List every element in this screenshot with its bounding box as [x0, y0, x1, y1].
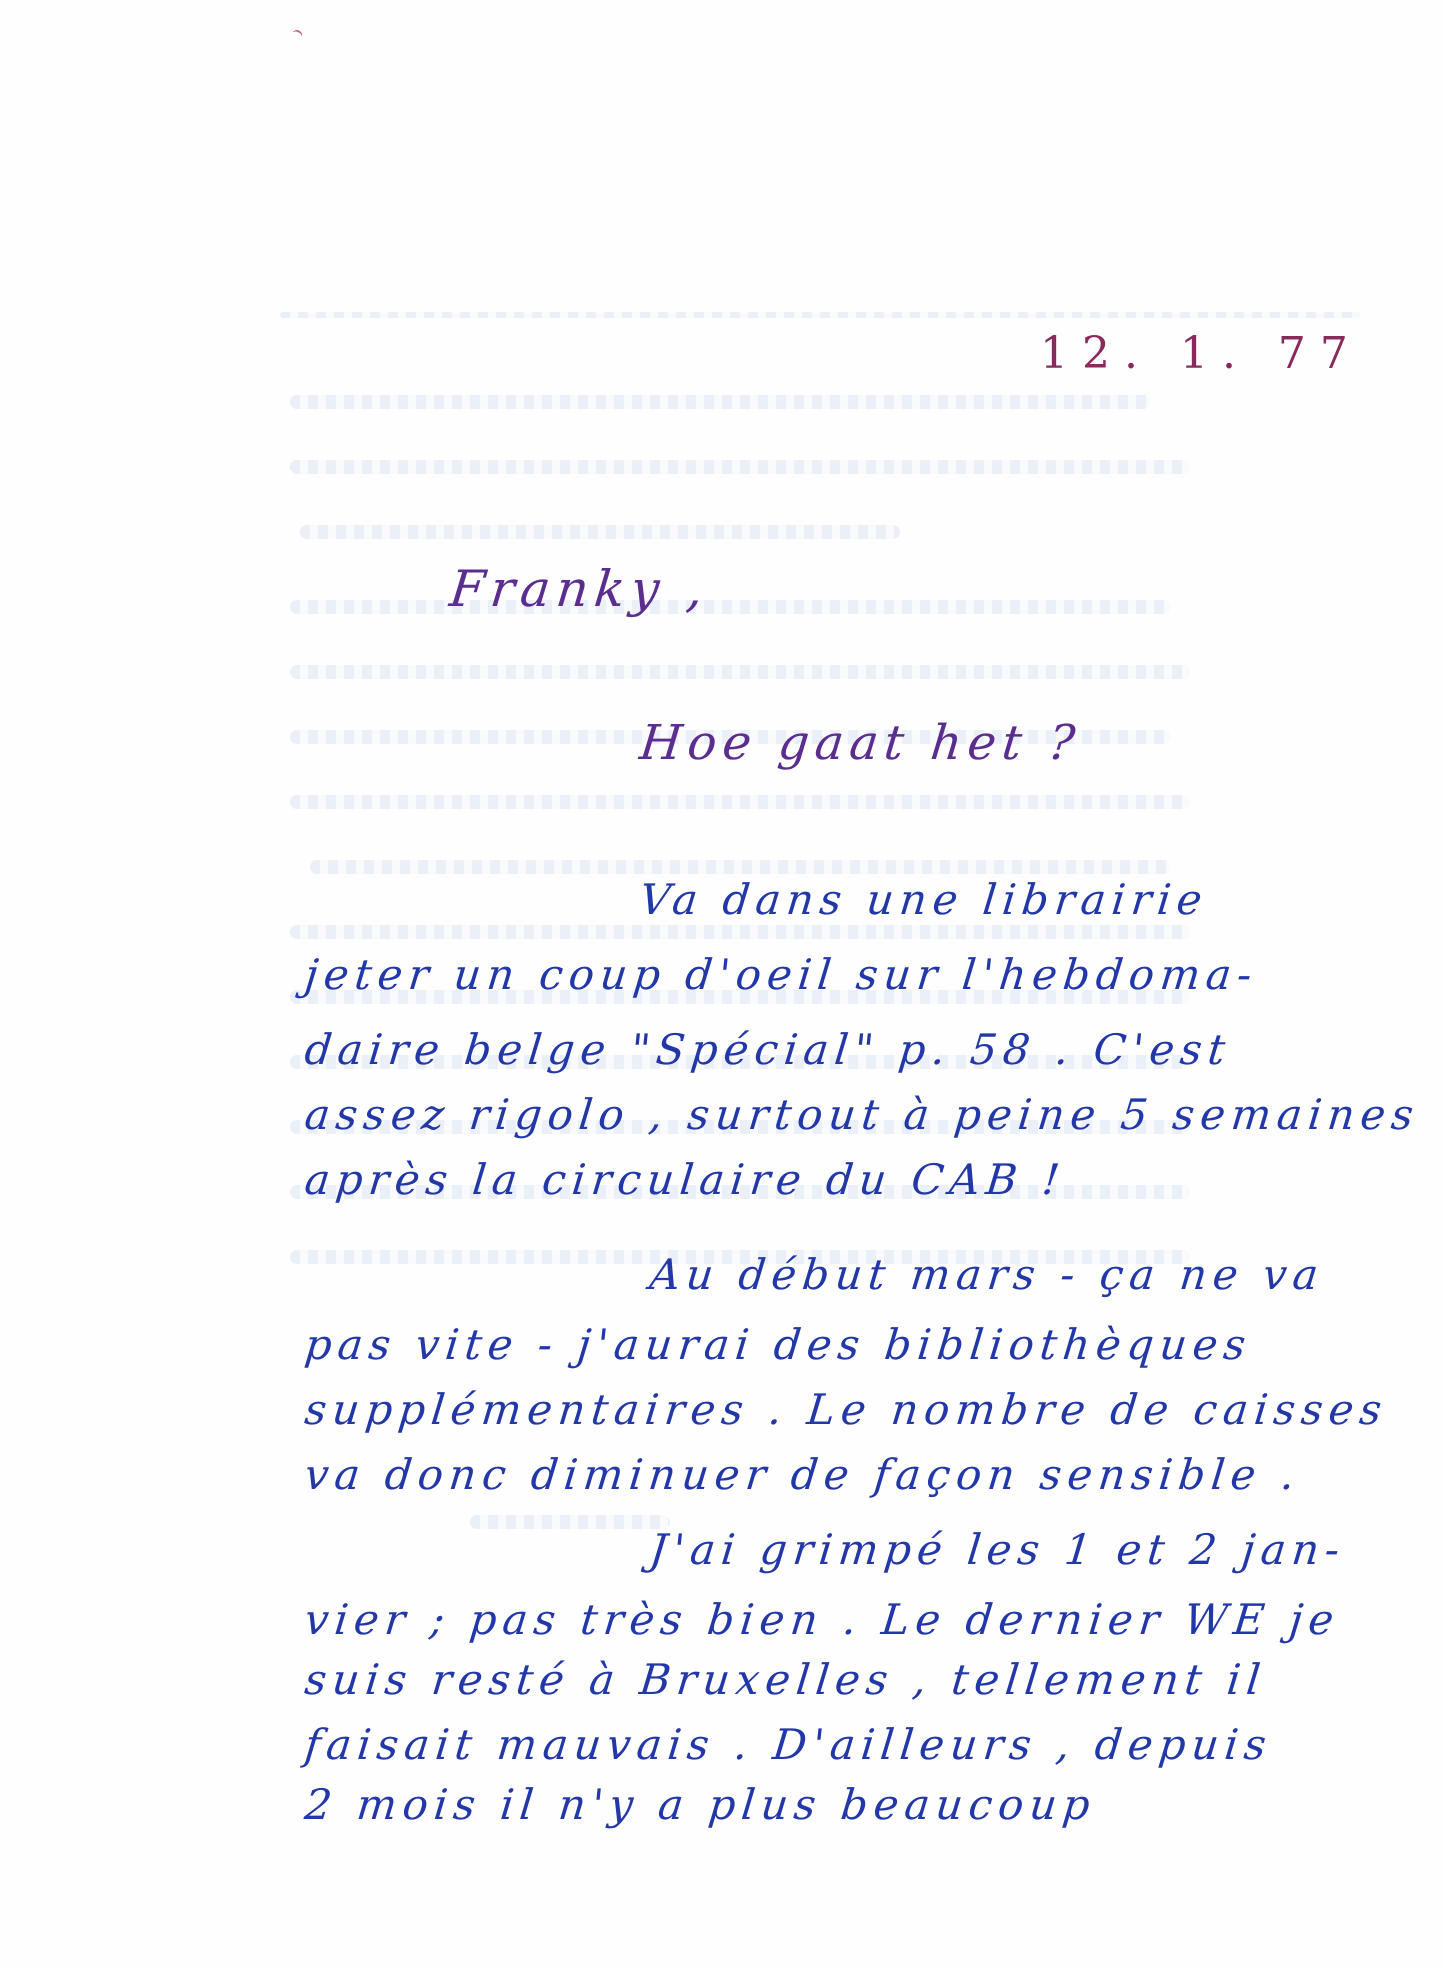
paragraph-1-line-3: daire belge "Spécial" p. 58 . C'est: [302, 1025, 1233, 1074]
paragraph-1-line-4: assez rigolo , surtout à peine 5 semaine…: [302, 1090, 1421, 1139]
paragraph-2-line-2: pas vite - j'aurai des bibliothèques: [302, 1320, 1253, 1369]
paragraph-2-line-3: supplémentaires . Le nombre de caisses: [302, 1385, 1389, 1434]
paragraph-1-line-5: après la circulaire du CAB !: [302, 1155, 1067, 1204]
greeting-line: Hoe gaat het ?: [637, 715, 1083, 771]
paragraph-1-line-2: jeter un coup d'oeil sur l'hebdoma-: [302, 950, 1260, 999]
paragraph-1-line-1: Va dans une librairie: [637, 875, 1210, 924]
paragraph-3-line-5: 2 mois il n'y a plus beaucoup: [302, 1780, 1098, 1829]
paragraph-2-line-4: va donc diminuer de façon sensible .: [302, 1450, 1303, 1499]
salutation: Franky ,: [447, 560, 712, 618]
paragraph-3-line-4: faisait mauvais . D'ailleurs , depuis: [302, 1720, 1274, 1769]
paragraph-3-line-1: J'ai grimpé les 1 et 2 jan-: [647, 1525, 1347, 1574]
paragraph-3-line-3: suis resté à Bruxelles , tellement il: [302, 1655, 1268, 1704]
ink-speck: [290, 28, 303, 41]
letter-page: 12. 1. 77 Franky , Hoe gaat het ? Va dan…: [0, 0, 1443, 1968]
letter-date: 12. 1. 77: [1040, 328, 1362, 379]
paragraph-3-line-2: vier ; pas très bien . Le dernier WE je: [302, 1595, 1342, 1644]
paragraph-2-line-1: Au début mars - ça ne va: [647, 1250, 1326, 1299]
